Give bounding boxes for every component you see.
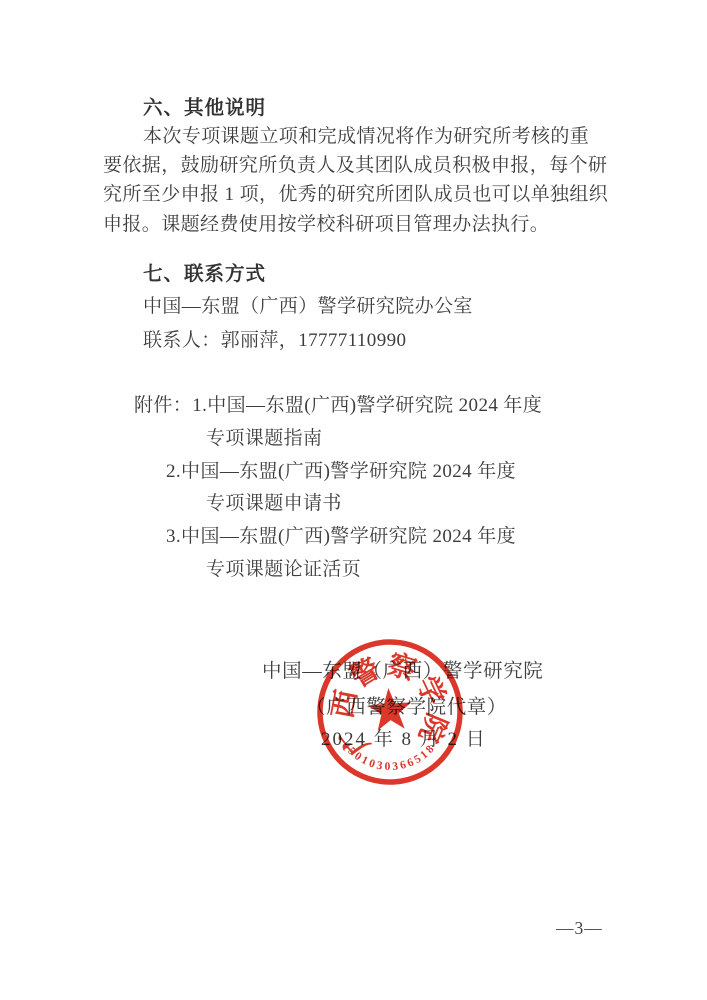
section-heading-contact: 七、联系方式: [143, 258, 266, 286]
attachment-line: 3.中国—东盟(广西)警学研究院 2024 年度: [103, 521, 603, 554]
paragraph-line: 申报。课题经费使用按学校科研项目管理办法执行。: [103, 210, 603, 239]
page-number: —3—: [556, 918, 603, 939]
other-notes-paragraph: 本次专项课题立项和完成情况将作为研究所考核的重 要依据，鼓励研究所负责人及其团队…: [103, 122, 603, 239]
attachment-line: 专项课题申请书: [103, 488, 603, 521]
attachment-line: 附件：1.中国—东盟(广西)警学研究院 2024 年度: [103, 390, 603, 423]
attachment-line: 专项课题论证活页: [103, 554, 603, 587]
attachments-block: 附件：1.中国—东盟(广西)警学研究院 2024 年度 专项课题指南 2.中国—…: [103, 390, 603, 587]
document-page: 六、其他说明 本次专项课题立项和完成情况将作为研究所考核的重 要依据，鼓励研究所…: [0, 0, 707, 1000]
section-heading-other-notes: 六、其他说明: [143, 92, 266, 120]
contact-person: 联系人：郭丽萍，17777110990: [143, 325, 406, 352]
star-icon: [366, 687, 413, 732]
contact-office: 中国—东盟（广西）警学研究院办公室: [143, 291, 473, 318]
paragraph-line: 要依据，鼓励研究所负责人及其团队成员积极申报，每个研: [103, 151, 603, 180]
paragraph-line: 本次专项课题立项和完成情况将作为研究所考核的重: [103, 122, 603, 151]
paragraph-line: 究所至少申报 1 项，优秀的研究所团队成员也可以单独组织: [103, 180, 603, 209]
attachment-line: 2.中国—东盟(广西)警学研究院 2024 年度: [103, 456, 603, 489]
attachment-line: 专项课题指南: [103, 423, 603, 456]
official-seal: 广西警察学院 4501030366518: [308, 630, 472, 794]
